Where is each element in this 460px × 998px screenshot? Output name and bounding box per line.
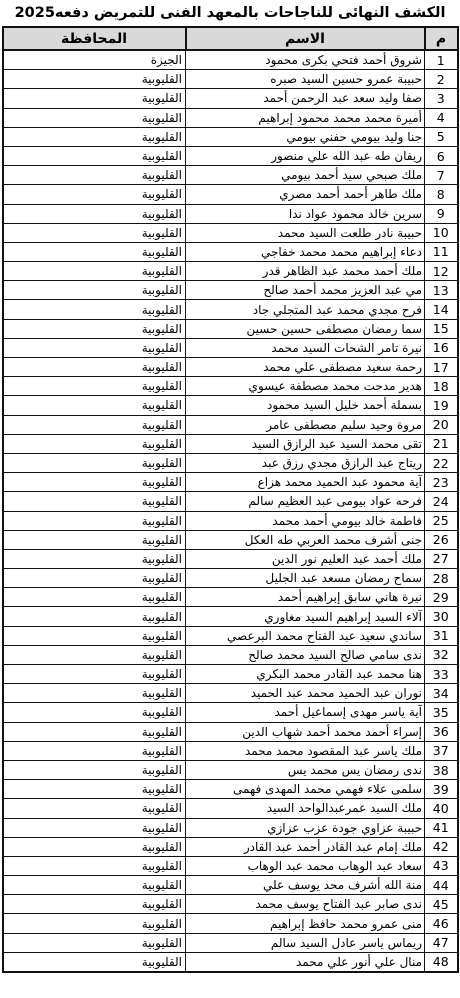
governorate-cell: القليوبية (3, 952, 186, 972)
governorate-cell: القليوبية (3, 319, 186, 338)
student-name-cell: ندى صابر عبد الفتاح يوسف محمد (186, 895, 425, 914)
table-row: 2حبيبة عمرو حسين السيد صبرهالقليوبية (3, 70, 458, 89)
table-row: 33هنا محمد عبد القادر محمد البكريالقليوب… (3, 665, 458, 684)
table-row: 18هدير مدحت محمد مصطفة عيسويالقليوبية (3, 377, 458, 396)
row-number-cell: 5 (425, 127, 458, 146)
row-number-cell: 14 (425, 300, 458, 319)
governorate-cell: القليوبية (3, 549, 186, 568)
student-name-cell: ملك أحمد محمد عبد الظاهر قدر (186, 262, 425, 281)
table-row: 20مروة وحيد سليم مصطفى عامرالقليوبية (3, 415, 458, 434)
student-name-cell: آية ياسر مهدى إسماعيل أحمد (186, 703, 425, 722)
row-number-cell: 48 (425, 952, 458, 972)
table-row: 25فاطمة خالد بيومي أحمد محمدالقليوبية (3, 511, 458, 530)
row-number-cell: 22 (425, 453, 458, 472)
governorate-cell: القليوبية (3, 396, 186, 415)
table-row: 27ملك أحمد عبد العليم نور الدينالقليوبية (3, 549, 458, 568)
table-row: 3صفا وليد سعد عبد الرحمن أحمدالقليوبية (3, 89, 458, 108)
student-name-cell: سماح رمضان مسعد عبد الجليل (186, 569, 425, 588)
student-name-cell: فاطمة خالد بيومي أحمد محمد (186, 511, 425, 530)
student-name-cell: آلاء السيد إبراهيم السيد مغاوري (186, 607, 425, 626)
student-name-cell: آية محمود عبد الحميد محمد هزاع (186, 473, 425, 492)
table-row: 19بسملة أحمد خليل السيد محمودالقليوبية (3, 396, 458, 415)
table-row: 4أميرة محمد محمد محمود إبراهيمالقليوبية (3, 108, 458, 127)
row-number-cell: 45 (425, 895, 458, 914)
student-name-cell: حبيبة نادر طلعت السيد محمد (186, 223, 425, 242)
table-row: 29نيرة هاني سابق إبراهيم أحمدالقليوبية (3, 588, 458, 607)
row-number-cell: 39 (425, 780, 458, 799)
table-row: 43سعاد عبد الوهاب محمد عبد الوهابالقليوب… (3, 856, 458, 875)
table-row: 44منة الله أشرف محد يوسف عليالقليوبية (3, 876, 458, 895)
student-name-cell: نيرة تامر الشحات السيد محمد (186, 338, 425, 357)
table-row: 5جنا وليد بيومي حفني بيوميالقليوبية (3, 127, 458, 146)
student-name-cell: حبيبة عزاوي جودة عزب عزازي (186, 818, 425, 837)
governorate-cell: القليوبية (3, 645, 186, 664)
row-number-cell: 29 (425, 588, 458, 607)
table-row: 38ندى رمضان يس محمد يسالقليوبية (3, 760, 458, 779)
governorate-cell: القليوبية (3, 204, 186, 223)
governorate-cell: القليوبية (3, 799, 186, 818)
governorate-cell: القليوبية (3, 684, 186, 703)
governorate-cell: القليوبية (3, 242, 186, 261)
student-name-cell: شروق أحمد فتحي بكرى محمود (186, 50, 425, 70)
student-name-cell: ريفان طه عبد الله علي منصور (186, 146, 425, 165)
governorate-cell: القليوبية (3, 300, 186, 319)
governorate-cell: القليوبية (3, 89, 186, 108)
student-name-cell: منى عمرو محمد حافظ إبراهيم (186, 914, 425, 933)
row-number-cell: 3 (425, 89, 458, 108)
student-name-cell: تقى محمد السيد عبد الرازق السيد (186, 434, 425, 453)
row-number-cell: 32 (425, 645, 458, 664)
row-number-cell: 44 (425, 876, 458, 895)
student-name-cell: منة الله أشرف محد يوسف علي (186, 876, 425, 895)
table-row: 30آلاء السيد إبراهيم السيد مغاوريالقليوب… (3, 607, 458, 626)
governorate-cell: القليوبية (3, 453, 186, 472)
table-row: 7ملك صبحي سيد أحمد بيوميالقليوبية (3, 166, 458, 185)
table-row: 46منى عمرو محمد حافظ إبراهيمالقليوبية (3, 914, 458, 933)
student-name-cell: ريماس ياسر عادل السيد سالم (186, 933, 425, 952)
table-row: 42ملك إمام عبد القادر أحمد عبد القادرالق… (3, 837, 458, 856)
governorate-cell: القليوبية (3, 70, 186, 89)
table-row: 11دعاء إبراهيم محمد محمد خفاجيالقليوبية (3, 242, 458, 261)
row-number-cell: 40 (425, 799, 458, 818)
row-number-cell: 6 (425, 146, 458, 165)
student-name-cell: ندى رمضان يس محمد يس (186, 760, 425, 779)
student-name-cell: نوران عبد الحميد محمد عبد الحميد (186, 684, 425, 703)
row-number-cell: 21 (425, 434, 458, 453)
table-row: 32ندى سامي صالح السيد محمد صالحالقليوبية (3, 645, 458, 664)
row-number-cell: 16 (425, 338, 458, 357)
governorate-cell: القليوبية (3, 377, 186, 396)
table-row: 35آية ياسر مهدى إسماعيل أحمدالقليوبية (3, 703, 458, 722)
governorate-cell: القليوبية (3, 127, 186, 146)
student-name-cell: ساندي سعيد عبد الفتاح محمد البرعصي (186, 626, 425, 645)
table-row: 22ريتاج عبد الرازق مجدي رزق عبدالقليوبية (3, 453, 458, 472)
governorate-cell: القليوبية (3, 588, 186, 607)
row-number-cell: 7 (425, 166, 458, 185)
student-name-cell: سعاد عبد الوهاب محمد عبد الوهاب (186, 856, 425, 875)
header-governorate: المحافظة (3, 27, 186, 50)
row-number-cell: 4 (425, 108, 458, 127)
table-row: 1شروق أحمد فتحي بكرى محمودالجيزة (3, 50, 458, 70)
table-header: م الاسم المحافظة (3, 27, 458, 50)
student-name-cell: ملك طاهر أحمد أحمد مصري (186, 185, 425, 204)
row-number-cell: 25 (425, 511, 458, 530)
row-number-cell: 34 (425, 684, 458, 703)
governorate-cell: القليوبية (3, 415, 186, 434)
governorate-cell: القليوبية (3, 166, 186, 185)
governorate-cell: القليوبية (3, 511, 186, 530)
header-name: الاسم (186, 27, 425, 50)
governorate-cell: القليوبية (3, 626, 186, 645)
student-name-cell: رحمة سعيد مصطفى علي محمد (186, 358, 425, 377)
table-row: 23آية محمود عبد الحميد محمد هزاعالقليوبي… (3, 473, 458, 492)
student-name-cell: مي عبد العزيز محمد أحمد صالح (186, 281, 425, 300)
student-name-cell: جنى أشرف محمد العربي طه العكل (186, 530, 425, 549)
student-name-cell: ملك ياسر عبد المقصود محمد محمد (186, 741, 425, 760)
student-name-cell: مروة وحيد سليم مصطفى عامر (186, 415, 425, 434)
row-number-cell: 12 (425, 262, 458, 281)
governorate-cell: القليوبية (3, 914, 186, 933)
row-number-cell: 28 (425, 569, 458, 588)
table-row: 37ملك ياسر عبد المقصود محمد محمدالقليوبي… (3, 741, 458, 760)
row-number-cell: 46 (425, 914, 458, 933)
row-number-cell: 20 (425, 415, 458, 434)
governorate-cell: القليوبية (3, 895, 186, 914)
student-name-cell: سرين خالد محمود عواد ندا (186, 204, 425, 223)
governorate-cell: القليوبية (3, 607, 186, 626)
table-row: 39سلمى علاء فهمي محمد المهدى فهمىالقليوب… (3, 780, 458, 799)
row-number-cell: 11 (425, 242, 458, 261)
table-row: 47ريماس ياسر عادل السيد سالمالقليوبية (3, 933, 458, 952)
governorate-cell: القليوبية (3, 262, 186, 281)
governorate-cell: القليوبية (3, 876, 186, 895)
row-number-cell: 30 (425, 607, 458, 626)
row-number-cell: 33 (425, 665, 458, 684)
table-row: 34نوران عبد الحميد محمد عبد الحميدالقليو… (3, 684, 458, 703)
student-name-cell: إسراء أحمد محمد أحمد شهاب الدين (186, 722, 425, 741)
table-row: 41حبيبة عزاوي جودة عزب عزازيالقليوبية (3, 818, 458, 837)
table-row: 8ملك طاهر أحمد أحمد مصريالقليوبية (3, 185, 458, 204)
governorate-cell: القليوبية (3, 530, 186, 549)
row-number-cell: 38 (425, 760, 458, 779)
table-row: 21تقى محمد السيد عبد الرازق السيدالقليوب… (3, 434, 458, 453)
student-name-cell: فرح مجدي محمد عبد المتجلي جاد (186, 300, 425, 319)
student-name-cell: حبيبة عمرو حسين السيد صبره (186, 70, 425, 89)
table-row: 16نيرة تامر الشحات السيد محمدالقليوبية (3, 338, 458, 357)
row-number-cell: 36 (425, 722, 458, 741)
governorate-cell: القليوبية (3, 146, 186, 165)
student-name-cell: جنا وليد بيومي حفني بيومي (186, 127, 425, 146)
results-table: م الاسم المحافظة 1شروق أحمد فتحي بكرى مح… (2, 26, 459, 973)
table-row: 10حبيبة نادر طلعت السيد محمدالقليوبية (3, 223, 458, 242)
student-name-cell: دعاء إبراهيم محمد محمد خفاجي (186, 242, 425, 261)
governorate-cell: القليوبية (3, 856, 186, 875)
governorate-cell: الجيزة (3, 50, 186, 70)
governorate-cell: القليوبية (3, 933, 186, 952)
table-row: 26جنى أشرف محمد العربي طه العكلالقليوبية (3, 530, 458, 549)
row-number-cell: 17 (425, 358, 458, 377)
governorate-cell: القليوبية (3, 223, 186, 242)
row-number-cell: 42 (425, 837, 458, 856)
table-row: 13مي عبد العزيز محمد أحمد صالحالقليوبية (3, 281, 458, 300)
table-row: 12ملك أحمد محمد عبد الظاهر قدرالقليوبية (3, 262, 458, 281)
table-row: 28سماح رمضان مسعد عبد الجليلالقليوبية (3, 569, 458, 588)
header-number: م (425, 27, 458, 50)
row-number-cell: 9 (425, 204, 458, 223)
table-row: 40ملك السيد عمرعبدالواحد السيدالقليوبية (3, 799, 458, 818)
student-name-cell: منال علي أنور علي محمد (186, 952, 425, 972)
student-name-cell: سلمى علاء فهمي محمد المهدى فهمى (186, 780, 425, 799)
governorate-cell: القليوبية (3, 837, 186, 856)
student-name-cell: ملك إمام عبد القادر أحمد عبد القادر (186, 837, 425, 856)
table-row: 48منال علي أنور علي محمدالقليوبية (3, 952, 458, 972)
governorate-cell: القليوبية (3, 358, 186, 377)
governorate-cell: القليوبية (3, 492, 186, 511)
table-row: 14فرح مجدي محمد عبد المتجلي جادالقليوبية (3, 300, 458, 319)
row-number-cell: 8 (425, 185, 458, 204)
row-number-cell: 19 (425, 396, 458, 415)
governorate-cell: القليوبية (3, 722, 186, 741)
governorate-cell: القليوبية (3, 434, 186, 453)
student-name-cell: ندى سامي صالح السيد محمد صالح (186, 645, 425, 664)
governorate-cell: القليوبية (3, 473, 186, 492)
row-number-cell: 13 (425, 281, 458, 300)
row-number-cell: 31 (425, 626, 458, 645)
student-name-cell: ريتاج عبد الرازق مجدي رزق عبد (186, 453, 425, 472)
governorate-cell: القليوبية (3, 703, 186, 722)
row-number-cell: 10 (425, 223, 458, 242)
governorate-cell: القليوبية (3, 185, 186, 204)
governorate-cell: القليوبية (3, 741, 186, 760)
header-row: م الاسم المحافظة (3, 27, 458, 50)
student-name-cell: ملك أحمد عبد العليم نور الدين (186, 549, 425, 568)
student-name-cell: صفا وليد سعد عبد الرحمن أحمد (186, 89, 425, 108)
governorate-cell: القليوبية (3, 569, 186, 588)
student-name-cell: فرحه عواد بيومى عبد العظيم سالم (186, 492, 425, 511)
row-number-cell: 2 (425, 70, 458, 89)
table-row: 15سما رمضان مصطفى حسين حسينالقليوبية (3, 319, 458, 338)
row-number-cell: 27 (425, 549, 458, 568)
table-row: 36إسراء أحمد محمد أحمد شهاب الدينالقليوب… (3, 722, 458, 741)
governorate-cell: القليوبية (3, 665, 186, 684)
student-name-cell: أميرة محمد محمد محمود إبراهيم (186, 108, 425, 127)
row-number-cell: 26 (425, 530, 458, 549)
page-title: الكشف النهائى للناجاحات بالمعهد الفنى لل… (0, 0, 460, 26)
table-row: 31ساندي سعيد عبد الفتاح محمد البرعصيالقل… (3, 626, 458, 645)
row-number-cell: 18 (425, 377, 458, 396)
row-number-cell: 15 (425, 319, 458, 338)
student-name-cell: ملك صبحي سيد أحمد بيومي (186, 166, 425, 185)
student-name-cell: هنا محمد عبد القادر محمد البكري (186, 665, 425, 684)
table-body: 1شروق أحمد فتحي بكرى محمودالجيزة2حبيبة ع… (3, 50, 458, 972)
table-row: 45ندى صابر عبد الفتاح يوسف محمدالقليوبية (3, 895, 458, 914)
governorate-cell: القليوبية (3, 760, 186, 779)
table-row: 17رحمة سعيد مصطفى علي محمدالقليوبية (3, 358, 458, 377)
student-name-cell: نيرة هاني سابق إبراهيم أحمد (186, 588, 425, 607)
row-number-cell: 1 (425, 50, 458, 70)
student-name-cell: ملك السيد عمرعبدالواحد السيد (186, 799, 425, 818)
row-number-cell: 37 (425, 741, 458, 760)
student-name-cell: بسملة أحمد خليل السيد محمود (186, 396, 425, 415)
table-row: 24فرحه عواد بيومى عبد العظيم سالمالقليوب… (3, 492, 458, 511)
row-number-cell: 43 (425, 856, 458, 875)
table-row: 6ريفان طه عبد الله علي منصورالقليوبية (3, 146, 458, 165)
governorate-cell: القليوبية (3, 108, 186, 127)
table-row: 9سرين خالد محمود عواد نداالقليوبية (3, 204, 458, 223)
governorate-cell: القليوبية (3, 780, 186, 799)
row-number-cell: 47 (425, 933, 458, 952)
governorate-cell: القليوبية (3, 818, 186, 837)
student-name-cell: هدير مدحت محمد مصطفة عيسوي (186, 377, 425, 396)
student-name-cell: سما رمضان مصطفى حسين حسين (186, 319, 425, 338)
row-number-cell: 41 (425, 818, 458, 837)
row-number-cell: 24 (425, 492, 458, 511)
governorate-cell: القليوبية (3, 281, 186, 300)
row-number-cell: 23 (425, 473, 458, 492)
row-number-cell: 35 (425, 703, 458, 722)
governorate-cell: القليوبية (3, 338, 186, 357)
document-page: الكشف النهائى للناجاحات بالمعهد الفنى لل… (0, 0, 460, 998)
